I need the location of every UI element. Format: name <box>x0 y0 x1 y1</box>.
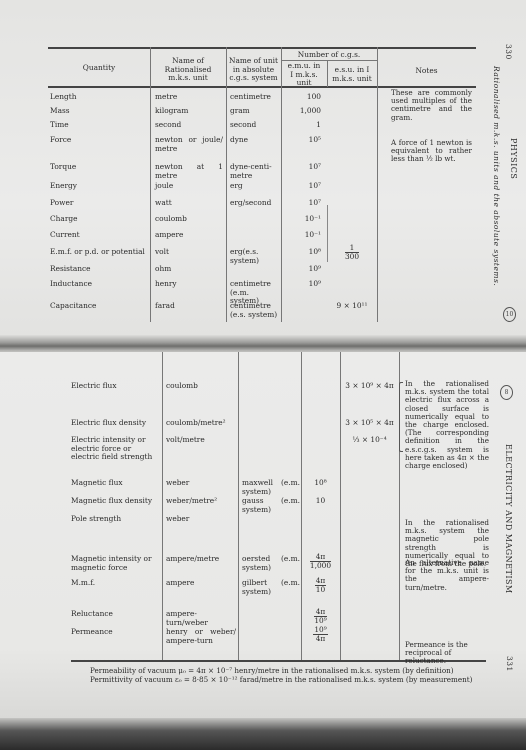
row-emu-value: 4π10 <box>301 577 340 594</box>
row-quantity: E.m.f. or p.d. or potential <box>50 248 145 257</box>
table-top-rule <box>48 47 476 49</box>
page-number: 330 <box>504 44 513 60</box>
row-esu-value: 1300 <box>327 244 377 261</box>
row-mks-unit: weber <box>166 479 236 488</box>
row-cgs-unit: maxwell (e.m. system) <box>242 479 300 496</box>
row-emu-value: 10⁷ <box>281 182 321 191</box>
row-quantity: Reluctance <box>71 610 159 619</box>
running-head-title: PHYSICS <box>509 138 518 179</box>
row-emu-value: 10⁸ <box>281 248 321 257</box>
row-emu-value: 10⁵ <box>281 136 321 145</box>
note: An alternative name for the m.k.s. unit … <box>405 559 489 592</box>
header-number-group: Number of c.g.s. <box>281 51 377 60</box>
row-mks-unit: henry <box>155 280 223 289</box>
row-emu-value: 4π1,000 <box>301 553 340 570</box>
row-quantity: Permeance <box>71 628 159 637</box>
col-divider <box>377 47 378 322</box>
row-mks-unit: henry or weber/ ampere-turn <box>166 628 236 645</box>
row-cgs-unit: dyne <box>230 136 280 145</box>
note: These are commonly used multiples of the… <box>391 89 472 122</box>
page-330: Quantity Name ofRationalisedm.k.s. unit … <box>0 0 526 340</box>
row-mks-unit: coulomb <box>155 215 223 224</box>
header-notes: Notes <box>377 67 476 76</box>
row-mks-unit: newton at 1 metre <box>155 163 223 180</box>
note: A force of 1 newton is equivalent to rat… <box>391 139 472 164</box>
row-quantity: Time <box>50 121 69 130</box>
row-quantity: Inductance <box>50 280 92 289</box>
row-quantity: Current <box>50 231 80 240</box>
row-emu-value: 10⁷ <box>281 163 321 172</box>
running-head-section: Rationalised m.k.s. units and the absolu… <box>492 66 501 286</box>
row-quantity: M.m.f. <box>71 579 159 588</box>
header-quantity: Quantity <box>48 64 150 73</box>
row-mks-unit: kilogram <box>155 107 223 116</box>
row-quantity: Torque <box>50 163 76 172</box>
row-mks-unit: ampere/metre <box>166 555 236 564</box>
header-absolute: Name of unitin absolutec.g.s. system <box>226 57 281 83</box>
col-divider <box>238 352 239 660</box>
row-emu-value: 10⁻¹ <box>281 215 321 224</box>
note: Permeance is the reciprocal of reluctanc… <box>405 641 489 666</box>
row-esu-value: 9 × 10¹¹ <box>327 302 377 311</box>
row-mks-unit: watt <box>155 199 223 208</box>
row-emu-value: 100 <box>281 93 321 102</box>
row-quantity: Electric intensity or electric force or … <box>71 436 159 462</box>
header-esu: e.s.u. in Im.k.s. unit <box>327 66 377 83</box>
row-quantity: Capacitance <box>50 302 96 311</box>
row-cgs-unit: centimetre <box>230 93 280 102</box>
row-mks-unit: second <box>155 121 223 130</box>
row-cgs-unit: gram <box>230 107 280 116</box>
book-edge <box>0 718 526 750</box>
row-quantity: Length <box>50 93 77 102</box>
row-mks-unit: newton or joule/ metre <box>155 136 223 153</box>
row-quantity: Charge <box>50 215 77 224</box>
row-mks-unit: coulomb/metre² <box>166 419 236 428</box>
row-mks-unit: volt/metre <box>166 436 236 445</box>
row-cgs-unit: oersted (e.m. system) <box>242 555 300 572</box>
row-mks-unit: metre <box>155 93 223 102</box>
bracket <box>399 382 403 452</box>
row-mks-unit: ampere-turn/weber <box>166 610 236 627</box>
row-mks-unit: weber/metre² <box>166 497 236 506</box>
row-esu-value: ⅓ × 10⁻⁴ <box>340 436 399 445</box>
row-quantity: Electric flux density <box>71 419 159 428</box>
note: In the rationalised m.k.s. system the to… <box>405 380 489 470</box>
footnote-permittivity: Permittivity of vacuum ε₀ = 8·85 × 10⁻¹²… <box>90 676 472 685</box>
row-cgs-unit: erg/second <box>230 199 280 208</box>
row-quantity: Force <box>50 136 71 145</box>
row-esu-value: 3 × 10⁹ × 4π <box>340 382 399 391</box>
row-cgs-unit: erg(e.s. system) <box>230 248 280 265</box>
row-mks-unit: coulomb <box>166 382 236 391</box>
row-esu-value: 3 × 10⁵ × 4π <box>340 419 399 428</box>
row-quantity: Power <box>50 199 73 208</box>
page-number: 331 <box>505 656 514 672</box>
page-331: Electric fluxcoulomb3 × 10⁹ × 4πElectric… <box>0 352 526 722</box>
row-cgs-unit: centimetre (e.s. system) <box>230 302 280 319</box>
row-cgs-unit: gauss (e.m. system) <box>242 497 300 514</box>
col-divider <box>150 47 151 322</box>
row-emu-value: 10⁷ <box>281 199 321 208</box>
header-emu: e.m.u. inI m.k.s.unit <box>281 62 327 88</box>
row-mks-unit: joule <box>155 182 223 191</box>
row-emu-value: 10⁸ <box>301 479 340 488</box>
row-cgs-unit: gilbert (e.m. system) <box>242 579 300 596</box>
margin-mark: 8 <box>500 385 513 400</box>
header-rationalised: Name ofRationalisedm.k.s. unit <box>150 57 226 83</box>
row-cgs-unit: dyne-centi- metre <box>230 163 280 180</box>
row-quantity: Pole strength <box>71 515 159 524</box>
row-quantity: Magnetic intensity or magnetic force <box>71 555 159 572</box>
margin-mark: 10 <box>503 307 516 322</box>
row-emu-value: 1,000 <box>281 107 321 116</box>
row-quantity: Magnetic flux density <box>71 497 159 506</box>
row-cgs-unit: erg <box>230 182 280 191</box>
row-quantity: Resistance <box>50 265 91 274</box>
row-mks-unit: volt <box>155 248 223 257</box>
row-mks-unit: ampere <box>166 579 236 588</box>
row-emu-value: 4π10⁹ <box>301 608 340 625</box>
row-quantity: Magnetic flux <box>71 479 159 488</box>
col-divider <box>226 47 227 322</box>
row-emu-value: 10⁻¹ <box>281 231 321 240</box>
row-mks-unit: weber <box>166 515 236 524</box>
row-emu-value: 10⁹4π <box>301 626 340 643</box>
row-quantity: Energy <box>50 182 77 191</box>
row-cgs-unit: second <box>230 121 280 130</box>
col-divider <box>162 352 163 660</box>
row-emu-value: 10⁹ <box>281 265 321 274</box>
col-divider <box>340 352 341 660</box>
row-emu-value: 1 <box>281 121 321 130</box>
row-emu-value: 10⁹ <box>281 280 321 289</box>
row-mks-unit: ampere <box>155 231 223 240</box>
running-head-title: ELECTRICITY AND MAGNETISM <box>504 444 513 594</box>
row-mks-unit: farad <box>155 302 223 311</box>
row-mks-unit: ohm <box>155 265 223 274</box>
row-quantity: Mass <box>50 107 70 116</box>
row-emu-value: 10 <box>301 497 340 506</box>
row-quantity: Electric flux <box>71 382 159 391</box>
